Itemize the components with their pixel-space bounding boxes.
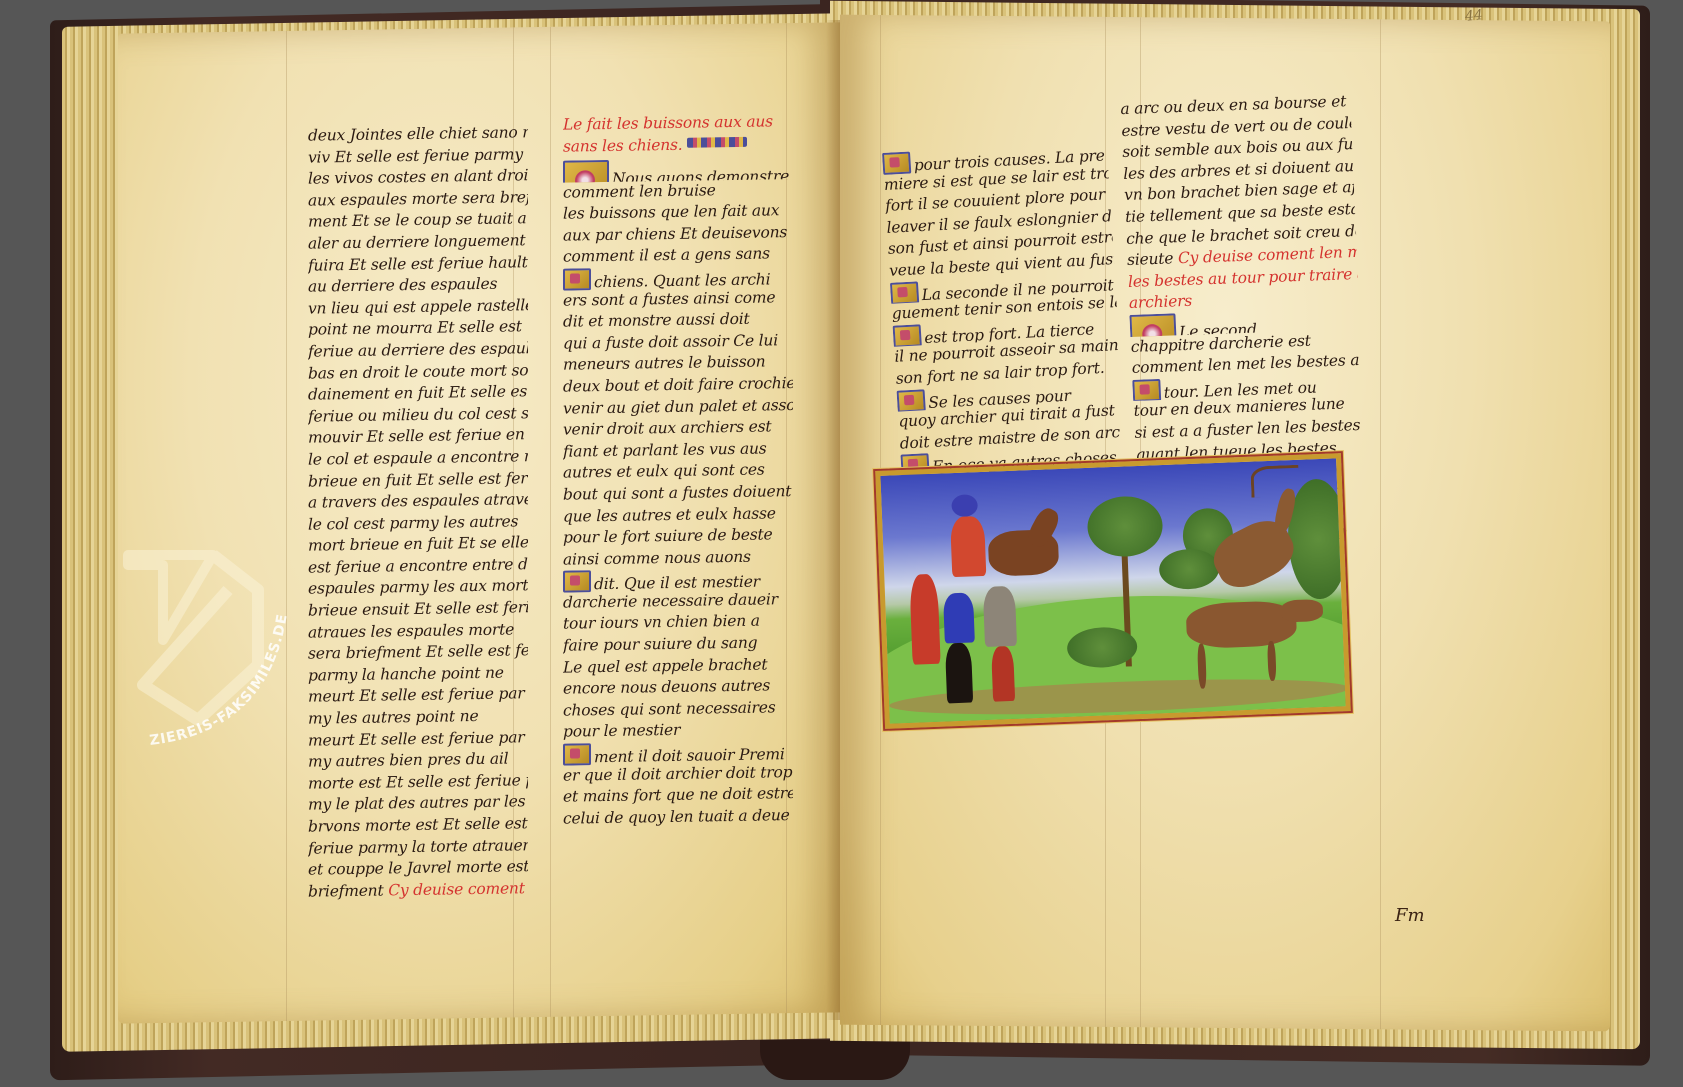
text-content: briefment — [308, 881, 383, 900]
text-content: le col cest parmy les autres — [308, 512, 518, 533]
doe-head — [1280, 599, 1323, 623]
text-line: aler au derriere longuement — [308, 230, 528, 255]
stag-antlers — [1250, 465, 1299, 498]
text-content: parmy la hanche point ne — [308, 663, 504, 684]
text-line: feriue au derriere des espaules — [308, 338, 528, 363]
text-column-2: Nous auons demonstrecomment len bruisele… — [563, 157, 793, 830]
ruling-line — [550, 27, 551, 1017]
text-content: espaules parmy les aux mort — [308, 577, 528, 598]
text-content: brvons morte est Et selle est — [308, 814, 528, 835]
illuminated-initial-icon — [563, 743, 591, 765]
text-content: meurt Et selle est feriue par — [308, 728, 524, 749]
text-line: ment il doit sauoir Premi — [563, 740, 793, 765]
text-content: qui a fuste doit assoir Ce lui — [563, 331, 778, 352]
illuminated-initial-icon — [563, 268, 591, 290]
text-line: briefment Cy deuise coment — [308, 878, 528, 903]
text-content: bout qui sont a fustes doiuent — [563, 482, 791, 504]
illuminated-initial-icon — [893, 324, 922, 347]
text-content: pour le fort suiure de beste — [563, 525, 773, 546]
text-line: dainement en fuit Et selle est — [308, 381, 528, 406]
rubric-heading: Le fait les buissons aux aussans les chi… — [563, 111, 793, 158]
text-line: pour le fort suiure de beste — [563, 524, 793, 549]
tree — [1086, 495, 1163, 558]
text-content: er que il doit archier doit trop — [563, 763, 792, 785]
text-content: sera briefment Et selle est feriue — [308, 641, 528, 663]
text-content: sans les chiens. — [563, 135, 683, 155]
text-content: fuira Et selle est feriue hault — [308, 253, 528, 274]
text-line: a travers des espaules atraves — [308, 489, 528, 514]
text-content: et mains fort que ne doit estre — [563, 784, 793, 806]
text-content: faire pour suiure du sang — [563, 634, 757, 655]
text-line: tour iours vn chien bien a — [563, 611, 793, 636]
text-content: venir droit aux archiers est — [563, 418, 771, 439]
text-line: ers sont a fustes ainsi come — [563, 287, 793, 312]
text-content: archiers — [1129, 292, 1193, 312]
decorative-line-filler — [687, 136, 747, 147]
text-content: le col et espaule a encontre mort — [308, 447, 528, 469]
book-spine-headband — [760, 1040, 910, 1080]
text-content: venir au giet dun palet et assoir — [563, 395, 793, 417]
text-content: aler au derriere longuement — [308, 231, 525, 252]
folio-number: 44 — [1464, 7, 1483, 25]
text-content: Le fait les buissons aux aus — [563, 112, 773, 133]
text-line: brvons morte est Et selle est — [308, 813, 528, 838]
illuminated-initial-icon — [563, 571, 591, 593]
text-line: celui de quoy len tuait a deue — [563, 805, 793, 830]
text-line: et couppe le Javrel morte est — [308, 856, 528, 881]
text-content: feriue ou milieu du col cest sang — [308, 403, 528, 425]
catchword: Fm — [1395, 905, 1425, 926]
text-line: brieue ensuit Et selle est feriue — [308, 597, 528, 622]
illuminated-initial-icon — [897, 389, 926, 412]
text-column-1: deux Jointes elle chiet sano moviv Et se… — [308, 122, 528, 903]
text-content: pour le mestier — [563, 721, 680, 741]
rubric-line: Le fait les buissons aux aus — [563, 111, 793, 136]
text-content: ers sont a fustes ainsi come — [563, 288, 775, 309]
text-line: meurt Et selle est feriue par — [308, 684, 528, 709]
text-content: les vivos costes en alant droit — [308, 166, 528, 188]
text-line: bout qui sont a fustes doiuent — [563, 481, 793, 506]
text-content: que les autres et eulx hasse — [563, 504, 776, 525]
text-content: dit et monstre aussi doit — [563, 310, 750, 331]
text-content: my le plat des autres par les — [308, 793, 525, 814]
text-content: deux bout et doit faire crochier — [563, 374, 793, 396]
text-content: les buissons que len fait aux — [563, 201, 779, 222]
text-line: le col et espaule a encontre mort — [308, 446, 528, 471]
watermark-text: ZIEREIS-FAKSIMILES.DE — [140, 560, 300, 750]
text-content: est feriue a encontre entre deux — [308, 555, 528, 577]
text-content: feriue au derriere des espaules — [308, 339, 528, 361]
text-content: Le quel est appele brachet — [563, 655, 767, 676]
tree — [1158, 548, 1219, 590]
text-content: atraues les espaules morte — [308, 620, 514, 641]
text-content: feriue parmy la torte atrauers — [308, 836, 528, 858]
text-content: mouvir Et selle est feriue en — [308, 426, 525, 447]
tree — [1286, 478, 1351, 600]
text-content: choses qui sont necessaires — [563, 698, 775, 719]
mounted-hunter — [950, 516, 986, 577]
rubric-line: sans les chiens. — [563, 133, 793, 158]
archer-blue — [943, 592, 975, 643]
illuminated-initial-icon — [890, 281, 919, 304]
text-content: vn lieu qui est appele rastellev — [308, 296, 528, 318]
text-content: aux par chiens Et deuisevons — [563, 223, 787, 245]
text-content: meurt Et selle est feriue par — [308, 685, 524, 706]
text-content: darcherie necessaire daueir — [563, 590, 778, 611]
text-content: viv Et selle est feriue parmy — [308, 145, 523, 166]
illuminated-initial-icon — [563, 160, 609, 182]
text-content: et couppe le Javrel morte est — [308, 857, 528, 878]
text-content: comment il est a gens sans — [563, 245, 770, 266]
text-line: Nous auons demonstre — [563, 157, 793, 182]
text-content: brieue en fuit Et selle est feriue — [308, 468, 528, 490]
text-content: ment Et se le coup se tuait a — [308, 210, 527, 231]
text-content: brieue ensuit Et selle est feriue — [308, 598, 528, 620]
archer-legs — [945, 642, 973, 703]
illuminated-initial-icon — [1132, 379, 1161, 402]
text-content: ainsi comme nous auons — [563, 547, 751, 568]
archer-grey — [983, 586, 1017, 647]
illuminated-initial-icon — [1129, 313, 1177, 336]
text-content: au derriere des espaules — [308, 275, 497, 296]
text-line: chiens. Quant les archi — [563, 265, 793, 290]
text-content: aux espaules morte sera bref — [308, 188, 528, 210]
text-content: deux Jointes elle chiet sano mo — [308, 123, 528, 145]
text-line: les vivos costes en alant droit — [308, 165, 528, 190]
text-content: my autres bien pres du ail — [308, 750, 508, 771]
text-content: dainement en fuit Et selle est — [308, 382, 528, 404]
archer-red-hose — [991, 646, 1015, 702]
text-line: deux bout et doit faire crochier — [563, 373, 793, 398]
text-content: morte est Et selle est feriue p — [308, 771, 528, 793]
miniature-hunting-scene — [875, 453, 1351, 729]
text-content: point ne mourra Et selle est — [308, 318, 522, 339]
text-content: sieute — [1127, 250, 1174, 270]
blue-hat — [951, 494, 978, 517]
ruling-line — [1380, 19, 1381, 1029]
ruling-line — [286, 31, 287, 1021]
text-content: meneurs autres le buisson — [563, 353, 765, 374]
hunter-red-gold — [909, 574, 940, 665]
illuminated-initial-icon — [882, 152, 911, 175]
text-content: celui de quoy len tuait a deue — [563, 806, 790, 828]
left-page: deux Jointes elle chiet sano moviv Et se… — [118, 22, 840, 1023]
text-content: fiant et parlant les vus aus — [563, 439, 767, 460]
text-content: a travers des espaules atraves — [308, 490, 528, 512]
text-content: bas en droit le coute mort sou — [308, 361, 528, 383]
text-line: deux Jointes elle chiet sano mo — [308, 122, 528, 147]
text-content: my les autres point ne — [308, 707, 478, 728]
svg-text:ZIEREIS-FAKSIMILES.DE: ZIEREIS-FAKSIMILES.DE — [149, 612, 291, 749]
text-content: comment len bruise — [563, 181, 716, 201]
text-line: au derriere des espaules — [308, 273, 528, 298]
text-content: tour iours vn chien bien a — [563, 612, 760, 633]
rubric-inline: Cy deuise coment — [383, 879, 524, 899]
text-content: encore nous deuons autres — [563, 677, 770, 698]
text-content: mort brieue en fuit Et se elle — [308, 533, 528, 554]
text-content: autres et eulx qui sont ces — [563, 461, 765, 482]
text-line: choses qui sont necessaires — [563, 697, 793, 722]
